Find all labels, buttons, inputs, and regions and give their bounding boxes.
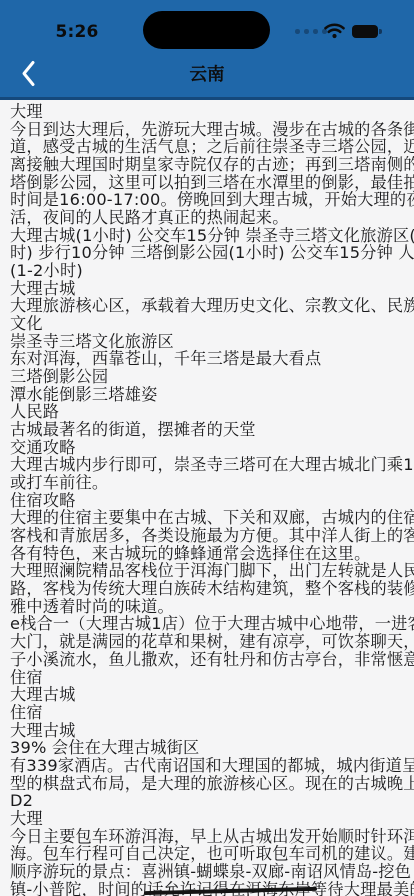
- battery-icon: [352, 25, 378, 38]
- cellular-signal-dots-icon: [295, 29, 327, 34]
- text-line: 文化: [10, 315, 410, 333]
- navigation-bar: 云南: [0, 50, 414, 97]
- text-line: 今日主要包车环游洱海，早上从古城出发开始顺时针环洱: [10, 828, 410, 846]
- content-scroll-area[interactable]: 大理今日到达大理后，先游玩大理古城。漫步在古城的各条街道，感受古城的生活气息；之…: [0, 100, 414, 896]
- text-line: 时) 步行10分钟 三塔倒影公园(1小时) 公交车15分钟 人民路: [10, 244, 410, 262]
- text-line: 古城最著名的街道，摆摊者的天堂: [10, 421, 410, 439]
- status-time: 5:26: [42, 22, 112, 42]
- text-line: 子小溪流水，鱼儿撒欢，还有牡丹和仿古亭台，非常惬意。: [10, 651, 410, 669]
- text-line: 顺序游玩的景点：喜洲镇-蝴蝶泉-双廊-南诏风情岛-挖色: [10, 863, 410, 881]
- text-line: 路，客栈为传统大理白族砖木结构建筑，整个客栈的装修典: [10, 580, 410, 598]
- back-button[interactable]: [12, 59, 44, 91]
- text-line: 39% 会住在大理古城街区: [10, 739, 410, 757]
- text-line: 大理古城: [10, 280, 410, 298]
- text-line: 离接触大理国时期皇家寺院仅存的古迹；再到三塔南侧的三: [10, 156, 410, 174]
- text-line: 大理古城: [10, 722, 410, 740]
- text-line: 大理古城内步行即可，崇圣寺三塔可在大理古城北门乘19路: [10, 456, 410, 474]
- text-line: 崇圣寺三塔文化旅游区: [10, 333, 410, 351]
- text-line: 海。包车行程可自己决定，也可听取包车司机的建议。建议: [10, 845, 410, 863]
- text-line: D2: [10, 792, 410, 810]
- status-bar: 5:26: [0, 0, 414, 50]
- text-line: 大理古城: [10, 686, 410, 704]
- text-line: 镇-小普陀，时间的话允许记得在洱海东岸等待大理最美的: [10, 881, 410, 896]
- text-line: 三塔倒影公园: [10, 368, 410, 386]
- text-line: 塔倒影公园，这里可以拍到三塔在水潭里的倒影，最佳拍摄: [10, 174, 410, 192]
- text-line: 大门，就是满园的花草和果树，建有凉亭，可饮茶聊天，院: [10, 633, 410, 651]
- text-line: 型的棋盘式布局，是大理的旅游核心区。现在的古城晚上...: [10, 775, 410, 793]
- wifi-icon: [324, 23, 345, 43]
- phone-screen: 5:26 云南: [0, 0, 414, 896]
- content-lines: 大理今日到达大理后，先游玩大理古城。漫步在古城的各条街道，感受古城的生活气息；之…: [10, 103, 410, 896]
- text-line: 大理: [10, 810, 410, 828]
- text-line: 住宿: [10, 669, 410, 687]
- text-line: 今日到达大理后，先游玩大理古城。漫步在古城的各条街: [10, 121, 410, 139]
- struck-text: 话允许记得在洱海东岸: [147, 880, 311, 896]
- text-line: 潭水能倒影三塔雄姿: [10, 386, 410, 404]
- text-line: 东对洱海，西靠苍山，千年三塔是最大看点: [10, 350, 410, 368]
- text-line: 大理: [10, 103, 410, 121]
- text-line: 大理旅游核心区，承载着大理历史文化、宗教文化、民族: [10, 297, 410, 315]
- app-header: 5:26 云南: [0, 0, 414, 100]
- text-line: 大理照澜院精品客栈位于洱海门脚下，出门左转就是人民: [10, 562, 410, 580]
- text-line: 大理古城(1小时) 公交车15分钟 崇圣寺三塔文化旅游区(2小: [10, 227, 410, 245]
- text-line: 活，夜间的人民路才真正的热闹起来。: [10, 209, 410, 227]
- text-line: 交通攻略: [10, 439, 410, 457]
- text-line: (1-2小时): [10, 262, 410, 280]
- chevron-left-icon: [21, 60, 36, 91]
- text-line: 客栈和青旅居多，各类设施最为方便。其中洋人街上的客栈: [10, 527, 410, 545]
- text-line: 人民路: [10, 403, 410, 421]
- text-line: 雅中透着时尚的味道。: [10, 598, 410, 616]
- text-line: 有339家酒店。古代南诏国和大理国的都城，城内街道呈典: [10, 757, 410, 775]
- text-line: 住宿攻略: [10, 492, 410, 510]
- text-line: 时间是16:00-17:00。傍晚回到大理古城，开始大理的夜生: [10, 191, 410, 209]
- text-line: 道，感受古城的生活气息；之后前往崇圣寺三塔公园，近距: [10, 138, 410, 156]
- dynamic-island: [143, 11, 270, 49]
- text-line: 大理的住宿主要集中在古城、下关和双廊，古城内的住宿以: [10, 509, 410, 527]
- page-title: 云南: [107, 61, 307, 86]
- text-line: 住宿: [10, 704, 410, 722]
- text-line: e栈合一（大理古城1店）位于大理古城中心地带，一进客栈: [10, 615, 410, 633]
- text-line: 各有特色，来古城玩的蜂蜂通常会选择住在这里。: [10, 545, 410, 563]
- text-line: 或打车前往。: [10, 474, 410, 492]
